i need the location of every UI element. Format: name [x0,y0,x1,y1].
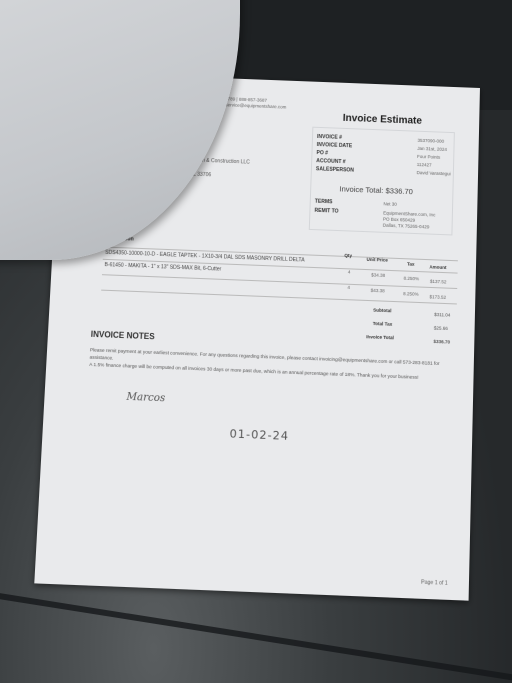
invoice-total-value: $336.70 [433,339,450,345]
item-unit-price: $43.38 [371,288,385,294]
subtotal-label: Subtotal [373,307,391,313]
item-qty: 4 [348,269,351,274]
terms-label: TERMS [315,199,339,206]
remit-label: REMIT TO [314,208,338,215]
item-tax: 8.250% [404,276,420,282]
invoice-total-label: Invoice Total [366,334,394,340]
col-header-tax: Tax [407,261,415,266]
invoice-info-list: INVOICE #3537090-000 INVOICE DATEJan 31s… [316,134,452,180]
handwritten-date: 01-02-24 [229,427,289,443]
invoice-info-box: INVOICE #3537090-000 INVOICE DATEJan 31s… [309,127,455,236]
page-indicator: Page 1 of 1 [421,579,448,587]
document-title: Invoice Estimate [343,113,422,127]
subtotal-value: $311.04 [434,312,450,318]
terms-value: Net 30 [383,201,464,210]
notes-body: Please remit payment at your earliest co… [89,346,458,382]
col-header-unit-price: Unit Price [366,257,387,263]
seat-seam [0,590,512,683]
info-value: David Varastegui [416,170,450,179]
item-description: SDS4350-10000-10-D - EAGLE TAPTEK - 1X10… [105,250,305,264]
item-qty: 4 [347,285,350,290]
terms-remit-values: Net 30 EquipmentShare.com, Inc PO Box 65… [383,201,465,232]
item-amount: $137.52 [430,279,447,285]
invoice-total-banner: Invoice Total: $336.70 [339,184,413,196]
notes-heading: INVOICE NOTES [91,330,155,342]
item-tax: 8.250% [403,291,419,297]
total-tax-value: $25.66 [434,325,448,331]
item-amount: $173.52 [429,294,446,300]
item-unit-price: $34.38 [371,272,385,278]
handwritten-name: Marcos [126,391,165,404]
col-header-qty: Qty [344,253,352,258]
col-header-amount: Amount [429,264,446,270]
terms-remit: TERMS REMIT TO Net 30 EquipmentShare.com… [314,199,339,215]
total-tax-label: Total Tax [373,321,393,327]
